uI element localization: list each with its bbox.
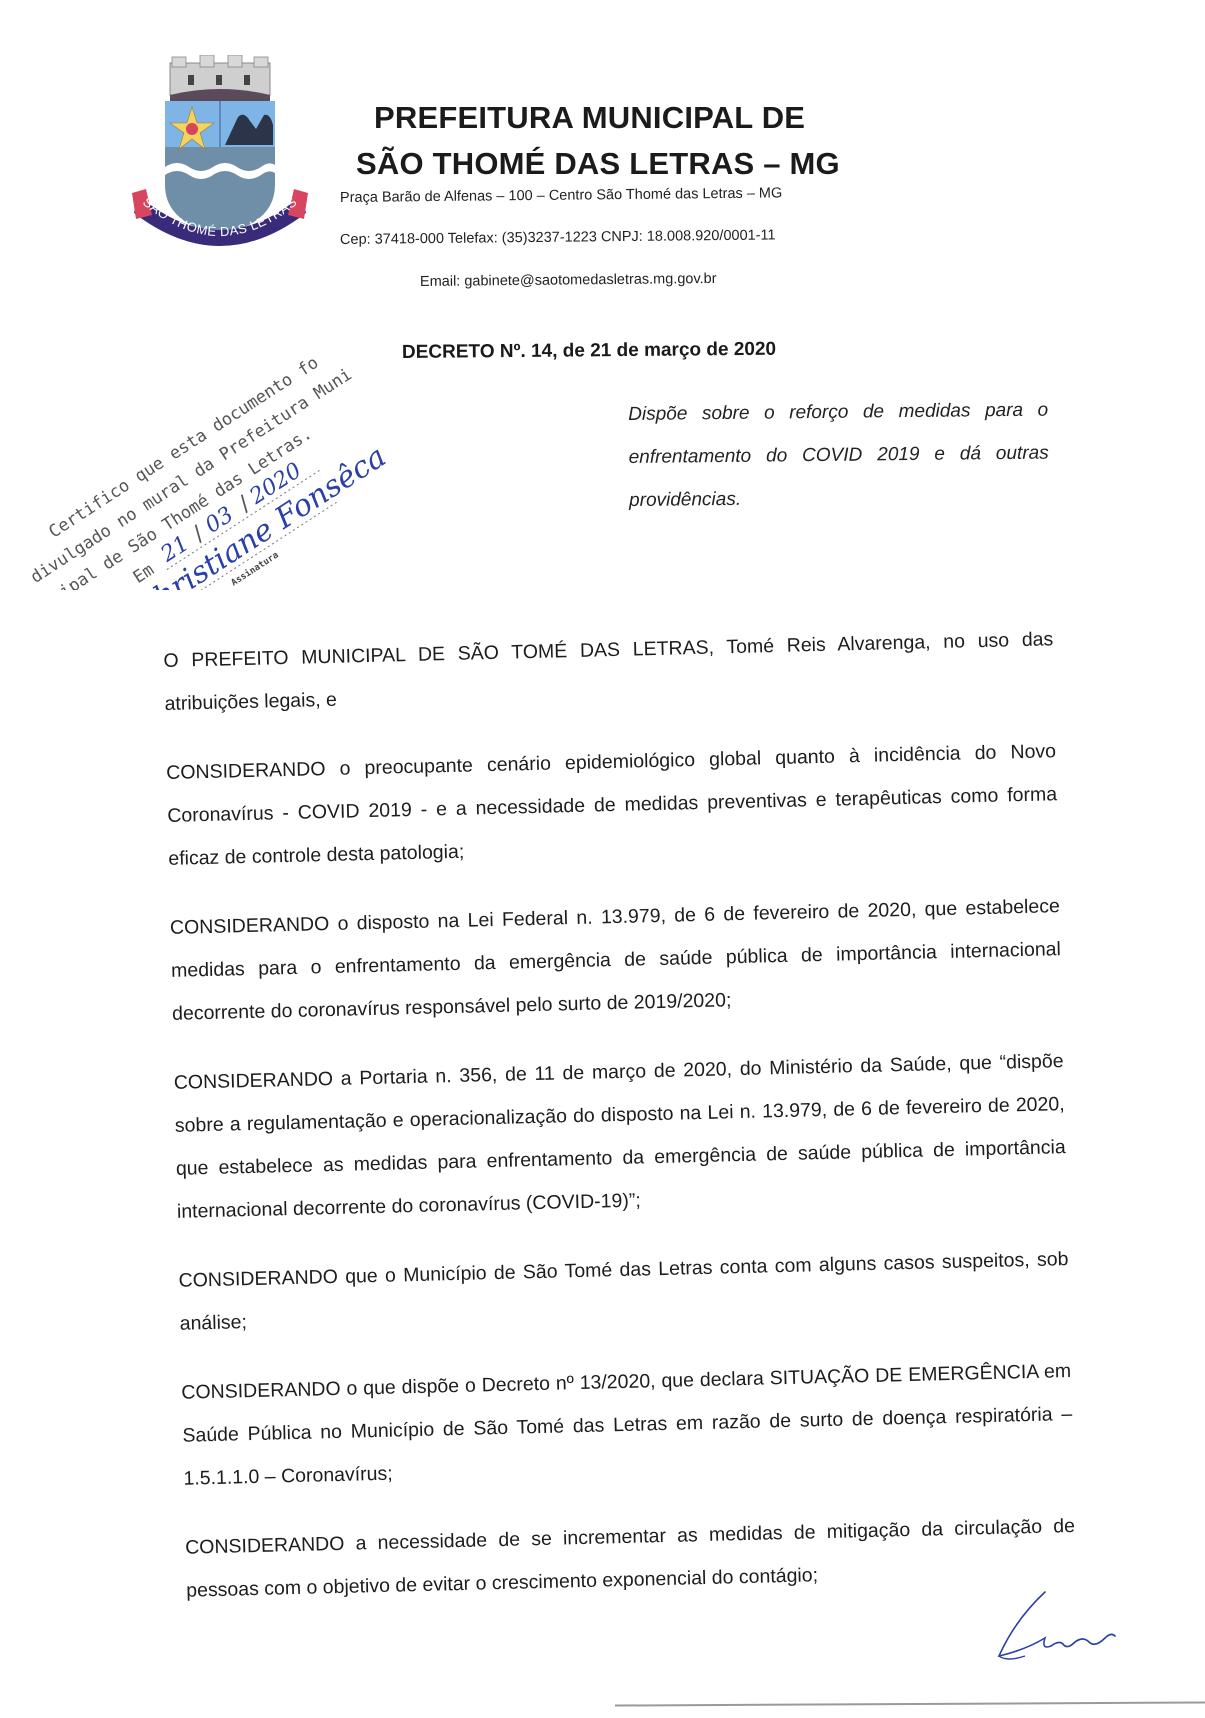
header-title-line1: PREFEITURA MUNICIPAL DE	[374, 100, 805, 136]
considerando-paragraph: CONSIDERANDO a Portaria n. 356, de 11 de…	[173, 1040, 1067, 1234]
considerando-paragraph: CONSIDERANDO o que dispõe o Decreto nº 1…	[181, 1350, 1074, 1501]
header-email: Email: gabinete@saotomedasletras.mg.gov.…	[420, 271, 717, 290]
decree-summary: Dispõe sobre o reforço de medidas para o…	[628, 389, 1049, 522]
decree-body: O PREFEITO MUNICIPAL DE SÃO TOMÉ DAS LET…	[163, 618, 1077, 1638]
considerando-paragraph: CONSIDERANDO o disposto na Lei Federal n…	[170, 885, 1063, 1036]
mayor-rubric-signature	[985, 1590, 1135, 1670]
publication-stamp: Certifico que esta documento fo divulgad…	[0, 270, 400, 590]
crown-icon	[170, 55, 270, 101]
considerando-paragraph: CONSIDERANDO o preocupante cenário epide…	[166, 730, 1059, 881]
header-address: Praça Barão de Alfenas – 100 – Centro Sã…	[340, 185, 782, 206]
header-contact: Cep: 37418-000 Telefax: (35)3237-1223 CN…	[340, 227, 776, 248]
header-title-line2: SÃO THOMÉ DAS LETRAS – MG	[356, 146, 840, 182]
considerando-paragraph: CONSIDERANDO que o Município de São Tomé…	[178, 1238, 1070, 1346]
preamble-paragraph: O PREFEITO MUNICIPAL DE SÃO TOMÉ DAS LET…	[163, 618, 1055, 726]
considerando-paragraph: CONSIDERANDO a necessidade de se increme…	[185, 1505, 1077, 1613]
decree-heading: DECRETO Nº. 14, de 21 de março de 2020	[402, 339, 776, 364]
coat-of-arms-logo: SÃO THOMÉ DAS LETRAS	[130, 55, 310, 255]
stamp-line-2: divulgado no mural da Prefeitura Muni	[27, 365, 355, 588]
signature-rule	[615, 1701, 1205, 1706]
